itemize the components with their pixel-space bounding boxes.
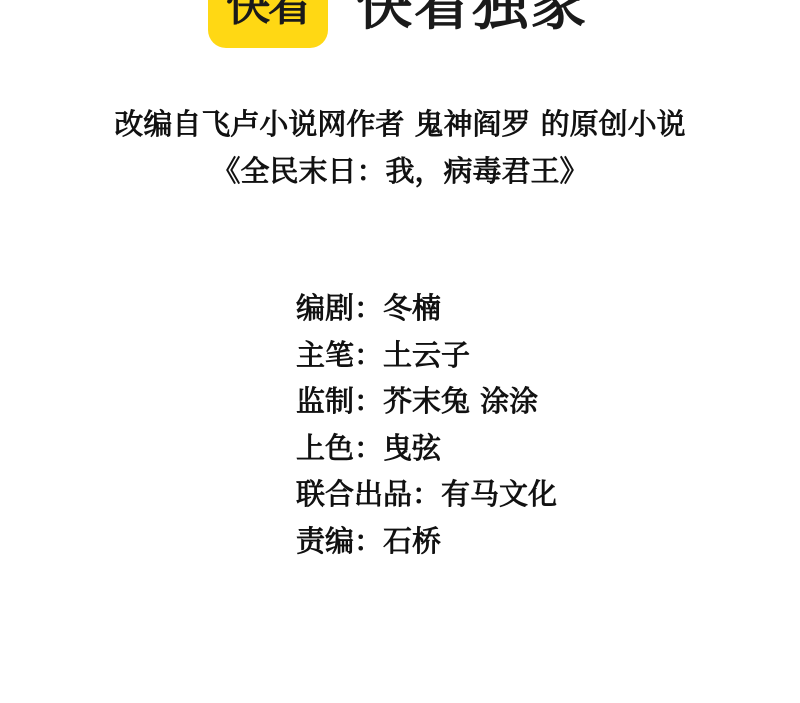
credit-colorist: 上色：曳弦 (296, 434, 557, 481)
credit-separator: ： (354, 431, 383, 465)
credit-separator: ： (354, 524, 383, 558)
novel-title: 《全民末日：我，病毒君王》 (0, 157, 800, 186)
credit-name: 冬楠 (383, 291, 441, 325)
credit-screenwriter: 编剧：冬楠 (296, 294, 557, 341)
credit-name: 土云子 (383, 338, 470, 372)
credit-name: 石桥 (383, 524, 441, 558)
adaptation-notice: 改编自飞卢小说网作者 鬼神阎罗 的原创小说 (0, 110, 800, 139)
credit-role: 编剧 (296, 291, 354, 325)
credit-separator: ： (412, 477, 441, 511)
credit-role: 监制 (296, 384, 354, 418)
credit-separator: ： (354, 291, 383, 325)
credit-role: 联合出品 (296, 477, 412, 511)
credit-name: 芥末兔 涂涂 (383, 384, 538, 418)
kuaikan-logo-badge: 快看 (208, 0, 328, 48)
credit-name: 有马文化 (441, 477, 557, 511)
credit-role: 上色 (296, 431, 354, 465)
logo-badge-text: 快看 (208, 0, 328, 28)
credit-name: 曳弦 (383, 431, 441, 465)
credit-separator: ： (354, 384, 383, 418)
credits-list: 编剧：冬楠 主笔：土云子 监制：芥末兔 涂涂 上色：曳弦 联合出品：有马文化 责… (296, 294, 557, 573)
credit-role: 责编 (296, 524, 354, 558)
credit-role: 主笔 (296, 338, 354, 372)
credit-lead-artist: 主笔：土云子 (296, 341, 557, 388)
credit-editor: 责编：石桥 (296, 527, 557, 574)
credit-co-producer: 联合出品：有马文化 (296, 480, 557, 527)
credit-supervisor: 监制：芥末兔 涂涂 (296, 387, 557, 434)
credit-separator: ： (354, 338, 383, 372)
brand-exclusive-title: 快看独家 (356, 0, 588, 34)
